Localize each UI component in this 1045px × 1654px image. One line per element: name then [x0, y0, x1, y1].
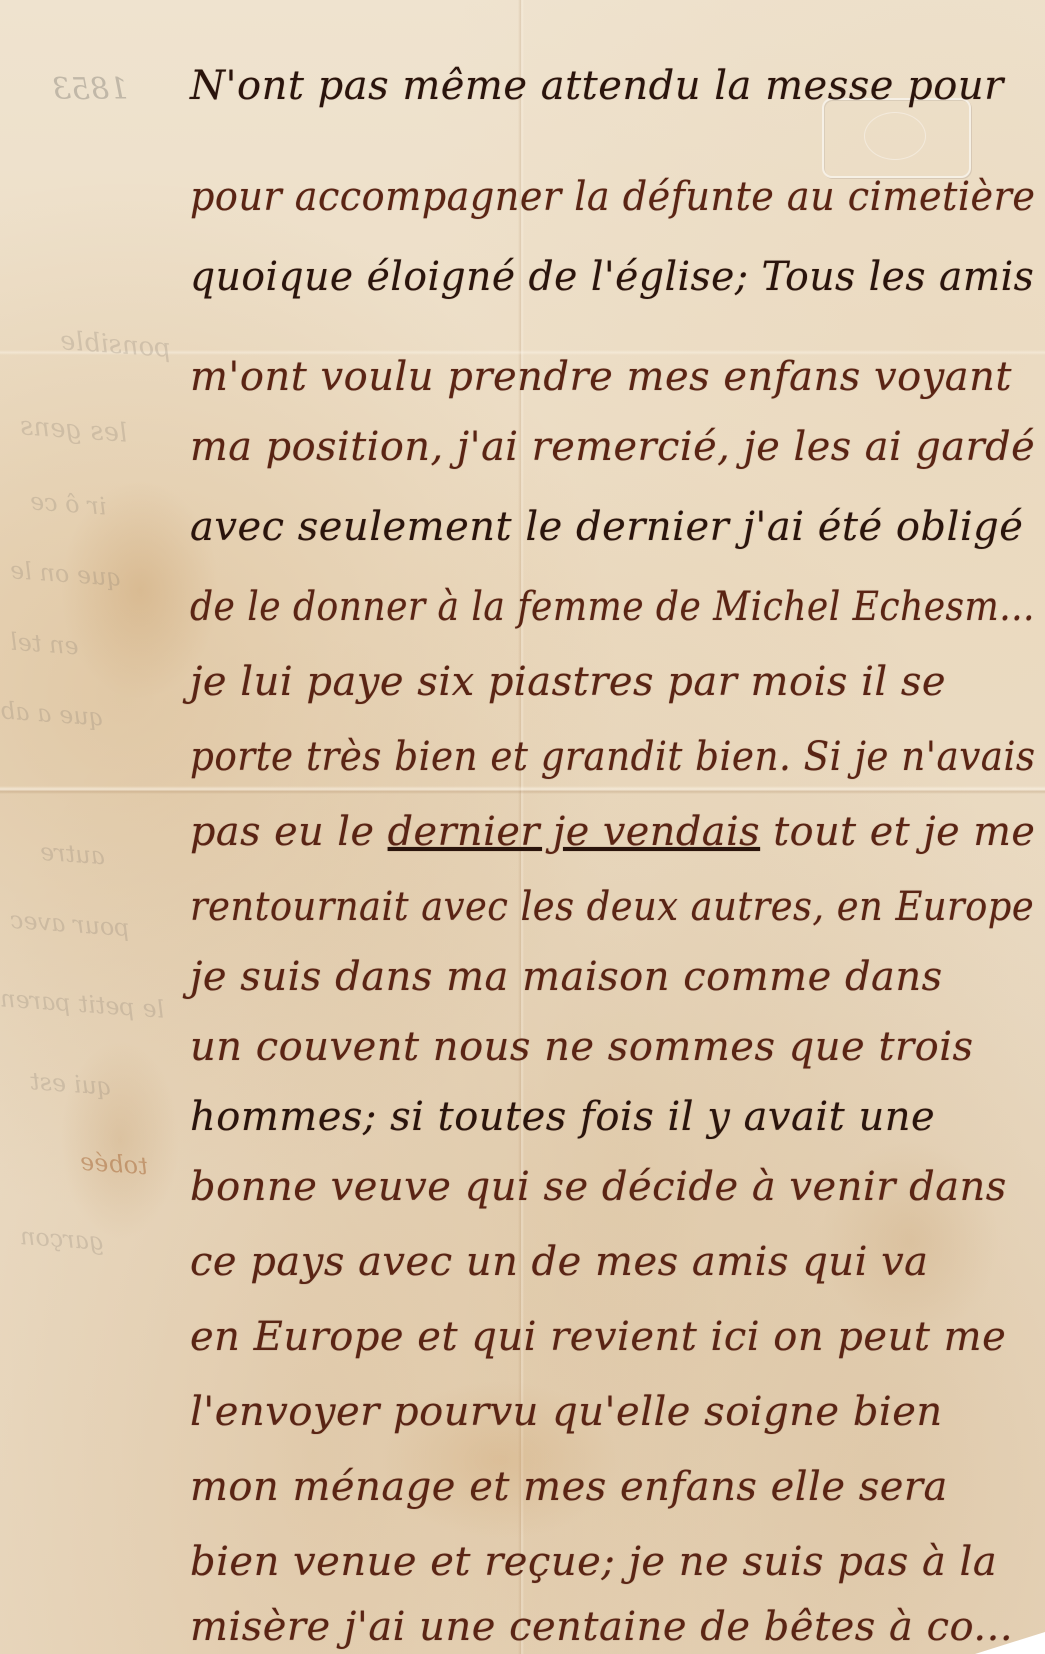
letter-line: N'ont pas même attendu la messe pour [190, 66, 1004, 106]
letter-line: porte très bien et grandit bien. Si je n… [190, 737, 1036, 777]
underlined-phrase: dernier je vendais [388, 809, 760, 855]
letter-line: je suis dans ma maison comme dans [190, 957, 943, 997]
letter-line: bonne veuve qui se décide à venir dans [190, 1167, 1007, 1207]
torn-corner [975, 1632, 1045, 1654]
letter-line: mon ménage et mes enfans elle sera [190, 1467, 948, 1507]
letter-line: m'ont voulu prendre mes enfans voyant [190, 357, 1012, 397]
letter-line: pour accompagner la défunte au cimetière [190, 177, 1035, 217]
letter-line: hommes; si toutes fois il y avait une [190, 1097, 935, 1137]
letter-line: quoique éloigné de l'église; Tous les am… [190, 257, 1034, 297]
letter-line: en Europe et qui revient ici on peut me [190, 1317, 1006, 1357]
letter-line: l'envoyer pourvu qu'elle soigne bien [190, 1392, 943, 1432]
letter-line: avec seulement le dernier j'ai été oblig… [190, 507, 1023, 547]
letter-line: ma position, j'ai remercié, je les ai ga… [190, 427, 1035, 467]
letter-line: ce pays avec un de mes amis qui va [190, 1242, 929, 1282]
letter-line: de le donner à la femme de Michel Echesm… [190, 587, 1035, 627]
letter-line: pas eu le dernier je vendais tout et je … [190, 812, 1035, 852]
letter-line: un couvent nous ne sommes que trois [190, 1027, 974, 1067]
letter-line: je lui paye six piastres par mois il se [190, 662, 946, 702]
letter-line: rentournait avec les deux autres, en Eur… [190, 887, 1034, 927]
letter-line: misère j'ai une centaine de bêtes à co..… [190, 1607, 1013, 1647]
letter-line: bien venue et reçue; je ne suis pas à la [190, 1542, 997, 1582]
letter-page: 1853 ponsible les gens ir ô ce que on le… [0, 0, 1045, 1654]
letter-body: N'ont pas même attendu la messe pour pou… [0, 0, 1045, 1654]
